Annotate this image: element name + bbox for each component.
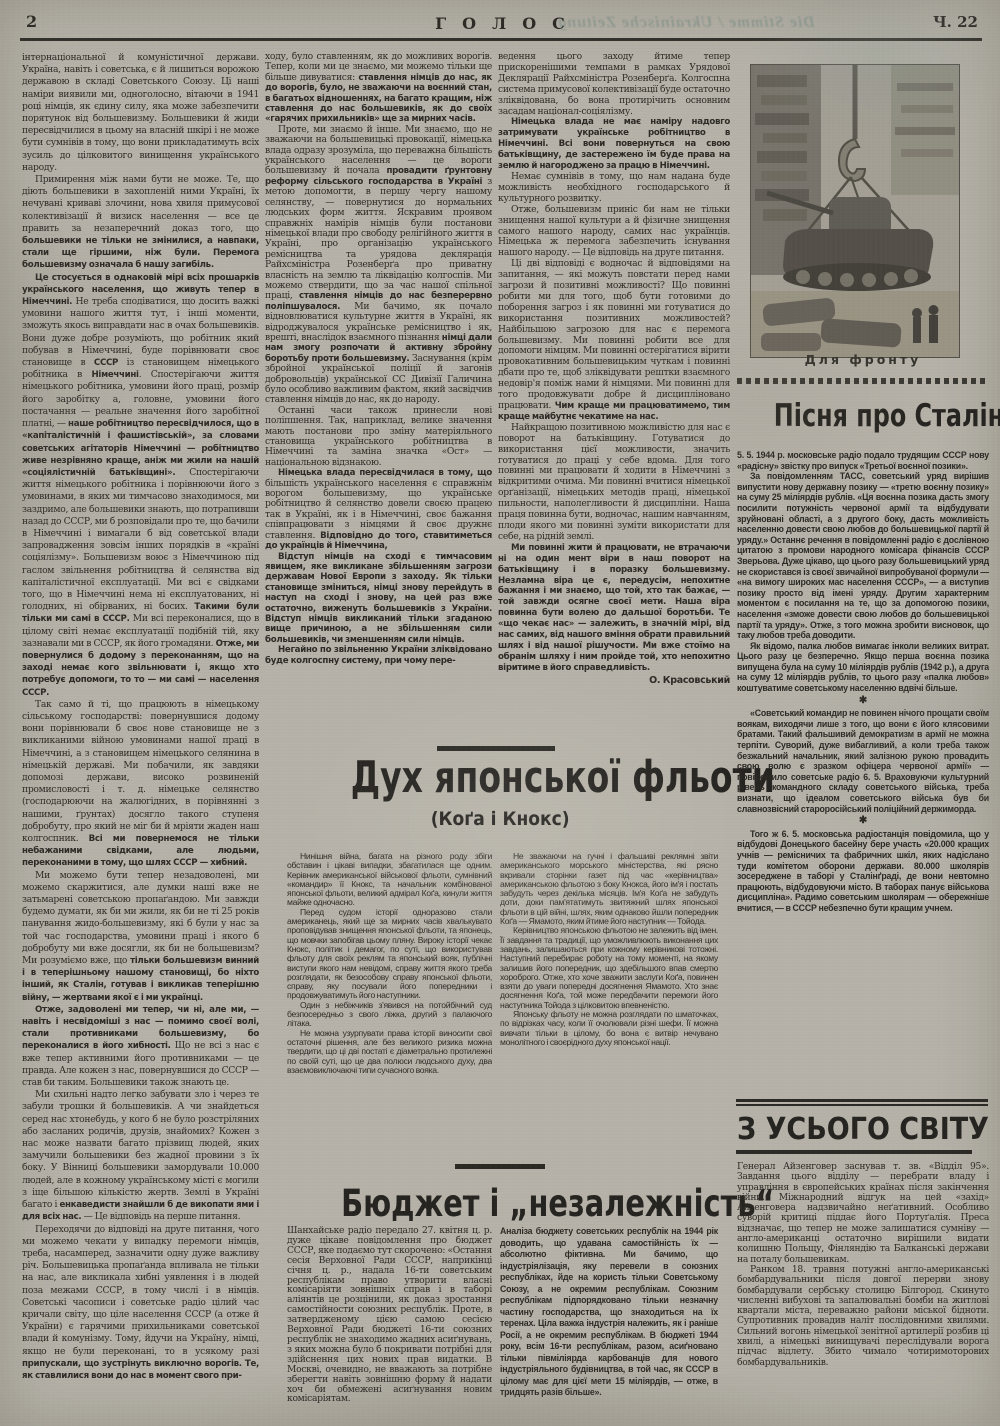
body-paragraph: інтернаціональної й комуністичної держав…: [22, 52, 259, 174]
body-paragraph: Не зважаючи на гучні і фальшиві реклямні…: [500, 852, 718, 926]
body-paragraph: Негайно по звільненню України зліквідова…: [265, 645, 492, 666]
body-paragraph: Керівництво японською фльотою не залежит…: [500, 926, 718, 1010]
world-news-headline: З УСЬОГО СВІТУ: [737, 1112, 989, 1147]
body-paragraph: 5. 5. 1944 р. московське радіо подало тр…: [737, 450, 989, 471]
body-paragraph: Генерал Айзенговер заснував т. зв. «Відд…: [737, 1162, 989, 1265]
body-paragraph: Найкращою позитивною можливістю для нас …: [498, 423, 730, 543]
body-paragraph: «Советський командир не повинен нічого п…: [737, 708, 989, 814]
body-paragraph: Аналіза бюджету советських республік на …: [500, 1226, 718, 1399]
body-paragraph: Переходячи до відповіді на друге питання…: [22, 1224, 259, 1383]
fleet-article-left-column: Нинішня війна, багата на різного роду зб…: [287, 852, 492, 1182]
body-paragraph: ведення цього заходу йтиме тепер прискор…: [498, 52, 730, 117]
body-paragraph: Ці дві відповіді є водночас й відповідям…: [498, 259, 730, 423]
budget-article-right-column: Аналіза бюджету советських республік на …: [500, 1226, 718, 1424]
body-paragraph: Відступ німців на сході є тимчасовим яви…: [265, 552, 492, 646]
star-separator: ✱: [737, 696, 989, 707]
body-paragraph: Перед судом історії одноразово стали аме…: [287, 908, 492, 1001]
world-news-text: Генерал Айзенговер заснував т. зв. «Відд…: [737, 1162, 989, 1422]
body-paragraph: Ранком 18. травня потужні англо-американ…: [737, 1265, 989, 1368]
factory-photo-illustration: [751, 65, 959, 357]
body-paragraph: Проте, ми знаємо й інше. Ми знаємо, що н…: [265, 125, 492, 406]
factory-photo: [750, 64, 960, 358]
song-article-text: 5. 5. 1944 р. московське радіо подало тр…: [737, 450, 989, 1095]
lead-article-column-3-text: ведення цього заходу йтиме тепер прискор…: [498, 52, 730, 674]
body-paragraph: Це стосується в однаковій мірі всіх прош…: [22, 272, 259, 699]
lead-article-column-1: інтернаціональної й комуністичної держав…: [22, 52, 259, 1424]
song-article-headline: Пісня про Сталіна: [737, 398, 989, 434]
body-paragraph: Примирення між нами бути не може. Те, що…: [22, 174, 259, 272]
body-paragraph: ходу, було ставленням, як до можливих во…: [265, 52, 492, 125]
lead-article-column-3: ведення цього заходу йтиме тепер прискор…: [498, 52, 730, 748]
body-paragraph: Нинішня війна, багата на різного роду зб…: [287, 852, 492, 908]
body-paragraph: Ми повинні жити й працювати, не втрачаюч…: [498, 543, 730, 674]
body-paragraph: Отже, большевизм приніс би нам не тільки…: [498, 205, 730, 260]
world-news-underline: [736, 1150, 972, 1154]
body-paragraph: Немає сумнівів в тому, що нам надана буд…: [498, 172, 730, 205]
fleet-article-right-column: Не зважаючи на гучні і фальшиві реклямні…: [500, 852, 718, 1182]
budget-article-left-column: Шанхайське радіо передало 27. квітня ц. …: [287, 1226, 492, 1424]
fleet-article-headline: Дух японської фльоти: [280, 752, 720, 803]
body-paragraph: Німецька влада пересвідчилася в тому, що…: [265, 468, 492, 551]
body-paragraph: Один з небіжчиків з'явився на потойбічни…: [287, 1001, 492, 1029]
body-paragraph: Отже, задоволені ми тепер, чи ні, але ми…: [22, 1004, 259, 1089]
lead-article-column-2: ходу, було ставленням, як до можливих во…: [265, 52, 492, 750]
section-divider-bar: [437, 746, 555, 751]
body-paragraph: Німецька влада не має наміру надовго зат…: [498, 117, 730, 172]
double-rule-divider: [736, 1099, 988, 1106]
newspaper-page: 2 ГОЛОС Ч. 22 Die Stimme / Ukrainische Z…: [0, 0, 1000, 1426]
body-paragraph: Ми схильні надто легко забувати зло і че…: [22, 1089, 259, 1223]
body-paragraph: Японську фльоту не можна розглядати по ш…: [500, 1010, 718, 1047]
body-paragraph: Шанхайське радіо передало 27. квітня ц. …: [287, 1226, 492, 1404]
body-paragraph: Того ж 6. 5. московська радіостанція пов…: [737, 829, 989, 914]
body-paragraph: За повідомленням ТАСС, советський уряд в…: [737, 471, 989, 641]
section-divider-bar: [455, 1164, 545, 1169]
body-paragraph: Не можна узурпувати права історії виноси…: [287, 1029, 492, 1075]
author-signature: О. Красовський: [498, 676, 730, 687]
fleet-article-subheadline: (Коґа і Кнокс): [280, 808, 720, 830]
photo-caption: Для фронту: [737, 352, 989, 367]
body-paragraph: Ми можемо бути тепер незадоволені, ми мо…: [22, 870, 259, 1004]
decorative-square-border: [737, 378, 989, 384]
bleedthrough-text: Die Stimme / Ukrainische Zeitung: [455, 14, 815, 32]
body-paragraph: Як відомо, палка любов вимагає інколи ве…: [737, 641, 989, 694]
budget-article-headline: Бюджет і „незалежність“: [280, 1182, 720, 1225]
body-paragraph: Останні часи також принесли нові поліпше…: [265, 406, 492, 468]
body-paragraph: Так само й ті, що працюють в німецькому …: [22, 699, 259, 870]
star-separator: ✱: [737, 816, 989, 827]
header-rule: [20, 38, 982, 41]
issue-number: Ч. 22: [933, 13, 978, 31]
